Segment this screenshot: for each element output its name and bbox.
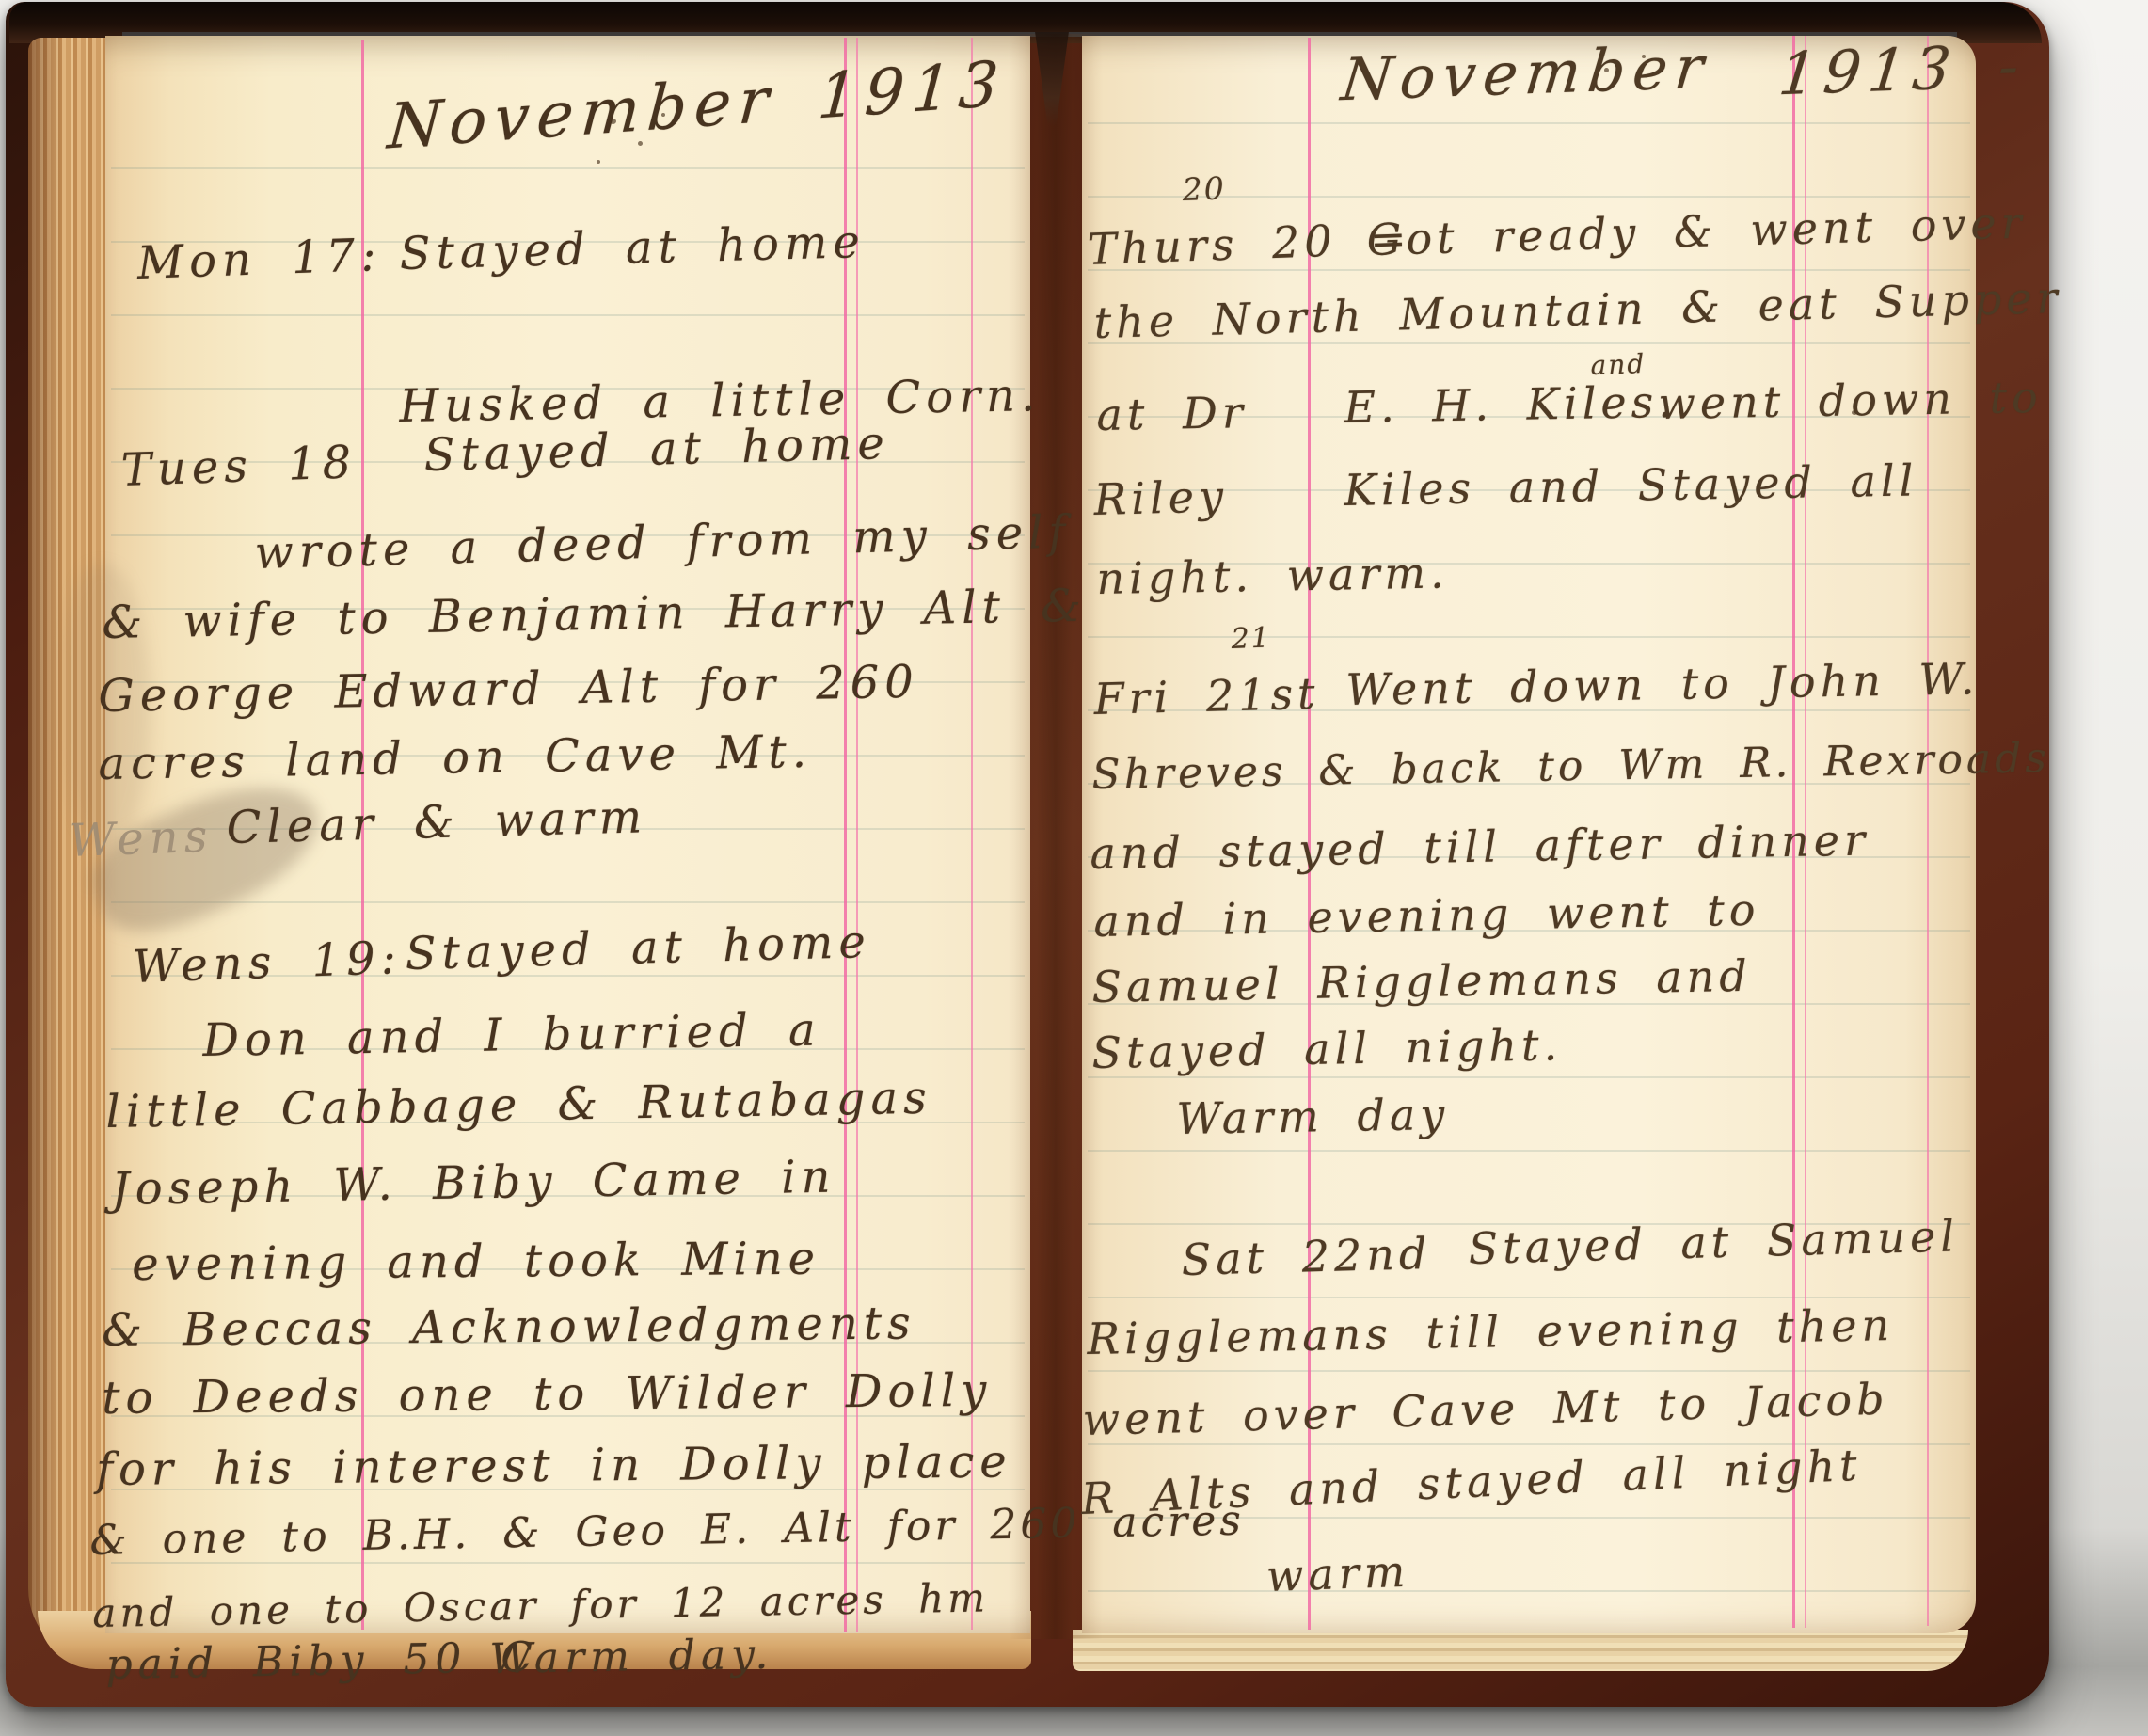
entry-wens19-line2: Don and I burried a: [202, 1004, 821, 1067]
entry-thurs20-line4a: Riley: [1093, 470, 1229, 525]
entry-sat22-line5: warm: [1265, 1546, 1410, 1601]
diary-photo: November 1913 Mon 17: Stayed at home Hus…: [0, 0, 2148, 1736]
entry-wens19-line6: & Beccas Acknowledgments: [102, 1297, 916, 1357]
right-page-header-year: 1913 -: [1775, 31, 2029, 108]
entry-tues18-weather-pencil: Wens: [68, 810, 214, 868]
entry-wens19-line8: for his interest in Dolly place: [96, 1436, 1012, 1496]
right-page-header-month: November: [1338, 32, 1714, 114]
entry-thurs20-line3a: at Dr: [1096, 387, 1248, 440]
entry-sat22-date: Sat 22nd: [1181, 1228, 1432, 1285]
entry-wens19-line5: evening and took Mine: [132, 1233, 820, 1291]
entry-wens19-line11: paid Biby 50 C: [105, 1633, 539, 1689]
entry-mon17-date: Mon 17:: [136, 229, 382, 290]
page-edge-stack-bottom-right: [1073, 1630, 1968, 1671]
entry-fri21-line6: Stayed all night.: [1091, 1019, 1563, 1078]
entry-tues18-weather: Clear & warm: [226, 790, 648, 854]
ink-speck: [597, 160, 600, 164]
entry-thurs20-inserted-word: and: [1590, 348, 1647, 381]
entry-thurs20-line4b: Kiles and Stayed all: [1344, 454, 1918, 516]
entry-thurs20-line3b: E. H. Kiles.: [1344, 376, 1677, 433]
entry-thurs20-superscript: 20: [1182, 169, 1226, 208]
entry-wens19-date: Wens 19:: [132, 932, 403, 994]
entry-fri21-superscript: 21: [1231, 622, 1271, 656]
entry-thurs20-line3c: went down to: [1658, 372, 2043, 429]
entry-fri21-date: Fri 21st: [1093, 668, 1320, 725]
entry-thurs20-line5: night. warm.: [1096, 547, 1449, 604]
ruled-line-vertical-right-right: [1927, 36, 1929, 1626]
entry-fri21-line7: Warm day: [1176, 1089, 1450, 1144]
entry-wens19-line7: to Deeds one to Wilder Dolly: [102, 1364, 992, 1425]
entry-wens19-line12: Warm day.: [489, 1631, 774, 1683]
entry-tues18-date: Tues 18: [120, 436, 358, 497]
